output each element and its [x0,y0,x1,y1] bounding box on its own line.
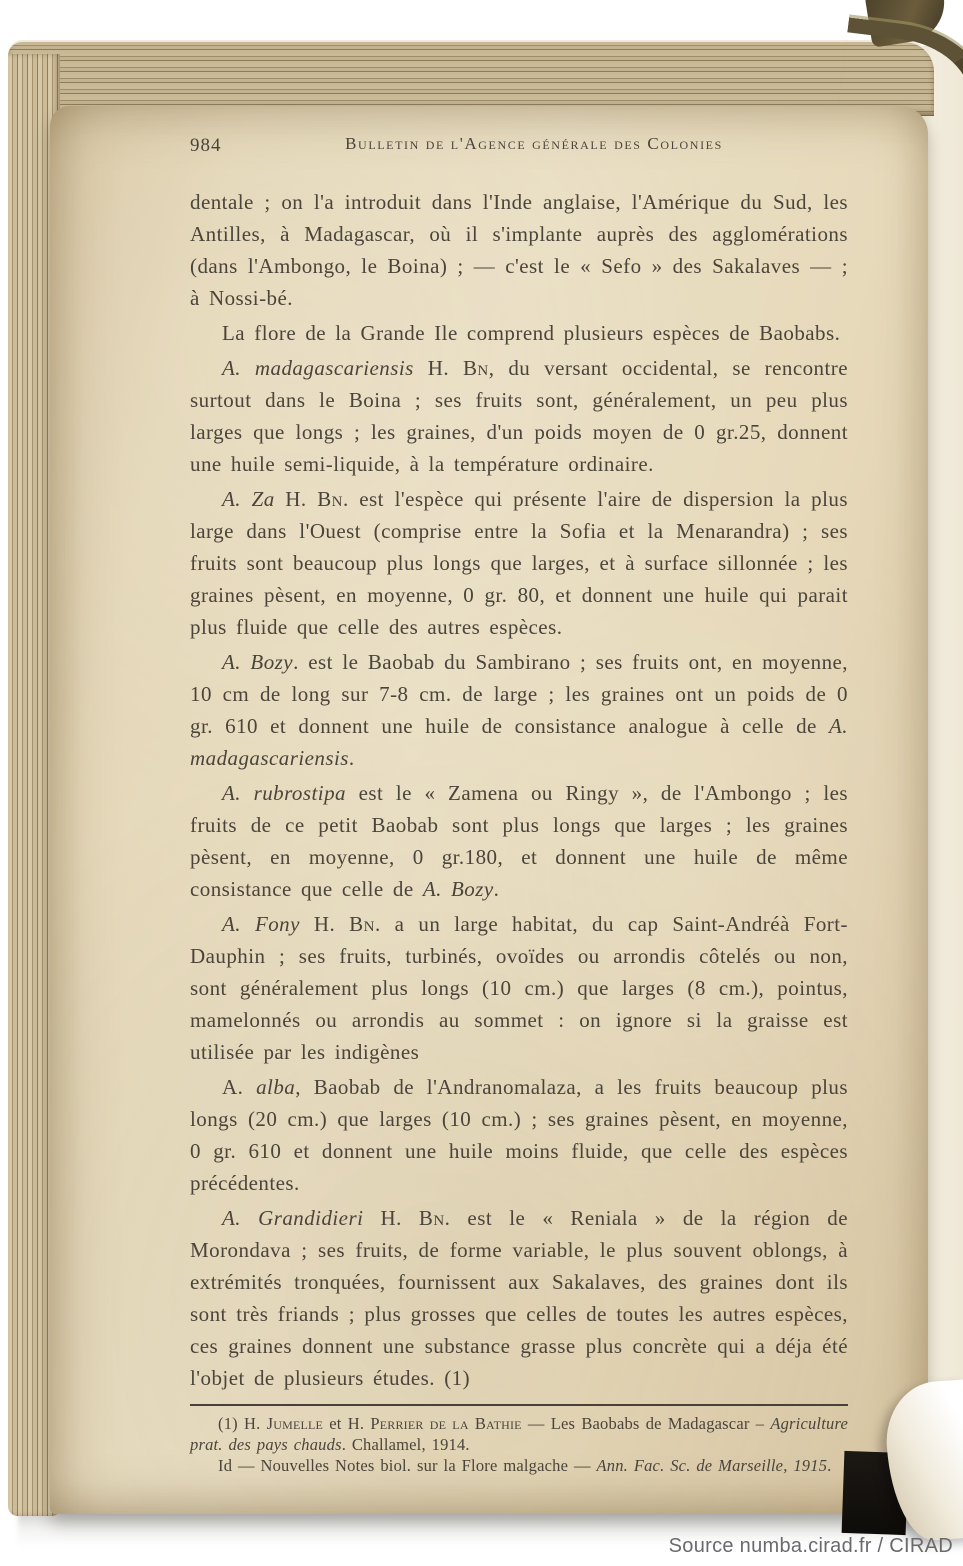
paragraph: A. Za H. Bn. est l'espèce qui présente l… [190,483,848,643]
text-segment: Id — Nouvelles Notes biol. sur la Flore … [218,1456,597,1475]
footnote: (1) H. Jumelle et H. Perrier de la Bathi… [190,1404,848,1476]
footnote-separator [190,1404,848,1406]
text-segment: alba [256,1075,295,1099]
text-segment: A. Grandidieri [222,1206,363,1230]
paragraph: A. Grandidieri H. Bn. est le « Reniala »… [190,1202,848,1394]
book-top-page-edges [8,42,934,116]
text-segment: A. Za [222,487,275,511]
text-segment: n [477,356,488,380]
text-segment: H. B [275,487,332,511]
text-segment: H. B [414,356,478,380]
text-segment: n [433,1206,444,1230]
text-segment: (1) H. [218,1414,267,1433]
text-segment: n [332,487,343,511]
paragraph: dentale ; on l'a introduit dans l'Inde a… [190,186,848,314]
text-segment: — Les Baobabs de Madagascar – [522,1414,771,1433]
paragraph: A. rubrostipa est le « Zamena ou Ringy »… [190,777,848,905]
printed-page-content: 984 Bulletin de l'Agence générale des Co… [190,134,848,1476]
paragraph: A. alba, Baobab de l'Andranomalaza, a le… [190,1071,848,1199]
page-header: 984 Bulletin de l'Agence générale des Co… [190,134,848,162]
text-segment: A. rubrostipa [222,781,346,805]
text-segment: . [349,746,355,770]
paragraph: A. madagascariensis H. Bn, du versant oc… [190,352,848,480]
text-segment: . [827,1456,831,1475]
text-segment: . [494,877,500,901]
paragraph: A. Bozy. est le Baobab du Sambirano ; se… [190,646,848,774]
text-segment: Ann. Fac. Sc. de Marseille, 1915 [597,1456,828,1475]
text-segment: A. Bozy [423,877,494,901]
footnote-entry: Id — Nouvelles Notes biol. sur la Flore … [190,1455,848,1476]
source-credit: Source numba.cirad.fr / CIRAD [669,1535,953,1558]
running-title: Bulletin de l'Agence générale des Coloni… [190,134,848,154]
text-segment: H. B [363,1206,433,1230]
text-segment: . Challamel, 1914. [342,1435,470,1454]
text-segment: A. Bozy [222,650,293,674]
footnote-entries: (1) H. Jumelle et H. Perrier de la Bathi… [190,1413,848,1476]
text-segment: Jumelle [267,1414,323,1433]
text-segment: Perrier de la Bathie [370,1414,521,1433]
page-number: 984 [190,135,222,157]
page-body-text: dentale ; on l'a introduit dans l'Inde a… [190,186,848,1394]
text-segment: A. madagascariensis [222,356,414,380]
text-segment: . est le « Reniala » de la région de Mor… [190,1206,848,1390]
text-segment: n [364,912,375,936]
text-segment: A. Fony [222,912,300,936]
text-segment: H. B [300,912,364,936]
text-segment: A. [222,1075,256,1099]
text-segment: dentale ; on l'a introduit dans l'Inde a… [190,190,848,310]
footnote-entry: (1) H. Jumelle et H. Perrier de la Bathi… [190,1413,848,1455]
paragraph: A. Fony H. Bn. a un large habitat, du ca… [190,908,848,1068]
text-segment: et H. [323,1414,370,1433]
text-segment: La flore de la Grande Ile comprend plusi… [222,321,840,345]
paragraph: La flore de la Grande Ile comprend plusi… [190,317,848,349]
